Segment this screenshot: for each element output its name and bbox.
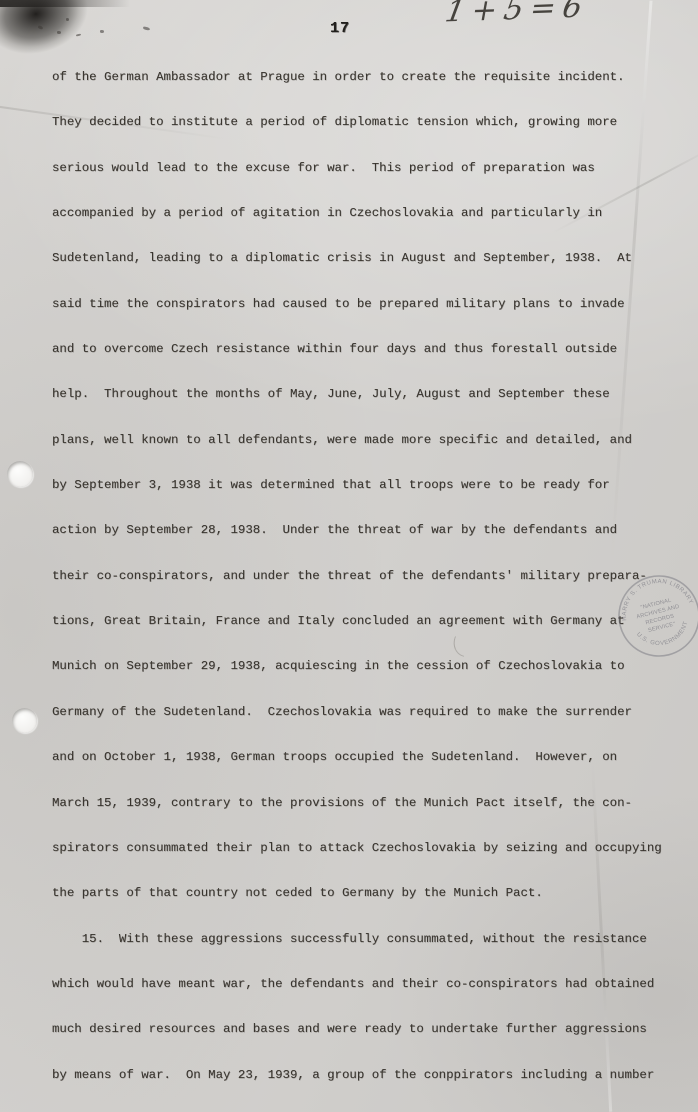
document-line: Sudetenland, leading to a diplomatic cri…: [52, 251, 692, 296]
scan-edge-shadow: [0, 0, 130, 7]
document-line: help. Throughout the months of May, June…: [52, 387, 692, 432]
document-line: said time the conspirators had caused to…: [52, 297, 692, 342]
document-line: spirators consummated their plan to atta…: [52, 841, 692, 886]
document-line: action by September 28, 1938. Under the …: [52, 523, 692, 568]
page-number: 17: [330, 20, 350, 37]
document-line: their co-conspirators, and under the thr…: [52, 569, 692, 614]
document-line: plans, well known to all defendants, wer…: [52, 433, 692, 478]
document-page: 17 1+5=6 of the German Ambassador at Pra…: [0, 0, 698, 1112]
document-line: by September 3, 1938 it was determined t…: [52, 478, 692, 523]
document-line: accompanied by a period of agitation in …: [52, 206, 692, 251]
document-line: of the German Ambassador at Prague in or…: [52, 70, 692, 115]
document-text: of the German Ambassador at Prague in or…: [52, 70, 692, 1112]
document-line: which would have meant war, the defendan…: [52, 977, 692, 1022]
document-line: tions, Great Britain, France and Italy c…: [52, 614, 692, 659]
document-line: Munich on September 29, 1938, acquiescin…: [52, 659, 692, 704]
hole-punch-bottom: [12, 708, 37, 733]
document-line: and on October 1, 1938, German troops oc…: [52, 750, 692, 795]
document-line: by means of war. On May 23, 1939, a grou…: [52, 1068, 692, 1112]
document-line: 15. With these aggressions successfully …: [52, 932, 692, 977]
ink-speck: [100, 30, 104, 33]
document-line: the parts of that country not ceded to G…: [52, 886, 692, 931]
document-line: serious would lead to the excuse for war…: [52, 161, 692, 206]
document-line: March 15, 1939, contrary to the provisio…: [52, 796, 692, 841]
document-line: Germany of the Sudetenland. Czechoslovak…: [52, 705, 692, 750]
ink-speck: [66, 18, 69, 21]
ink-speck: [57, 31, 61, 34]
document-line: much desired resources and bases and wer…: [52, 1022, 692, 1067]
document-line: and to overcome Czech resistance within …: [52, 342, 692, 387]
handwritten-note: 1+5=6: [442, 0, 592, 29]
document-line: They decided to institute a period of di…: [52, 115, 692, 160]
ink-speck: [143, 26, 150, 30]
hole-punch-top: [7, 461, 33, 487]
